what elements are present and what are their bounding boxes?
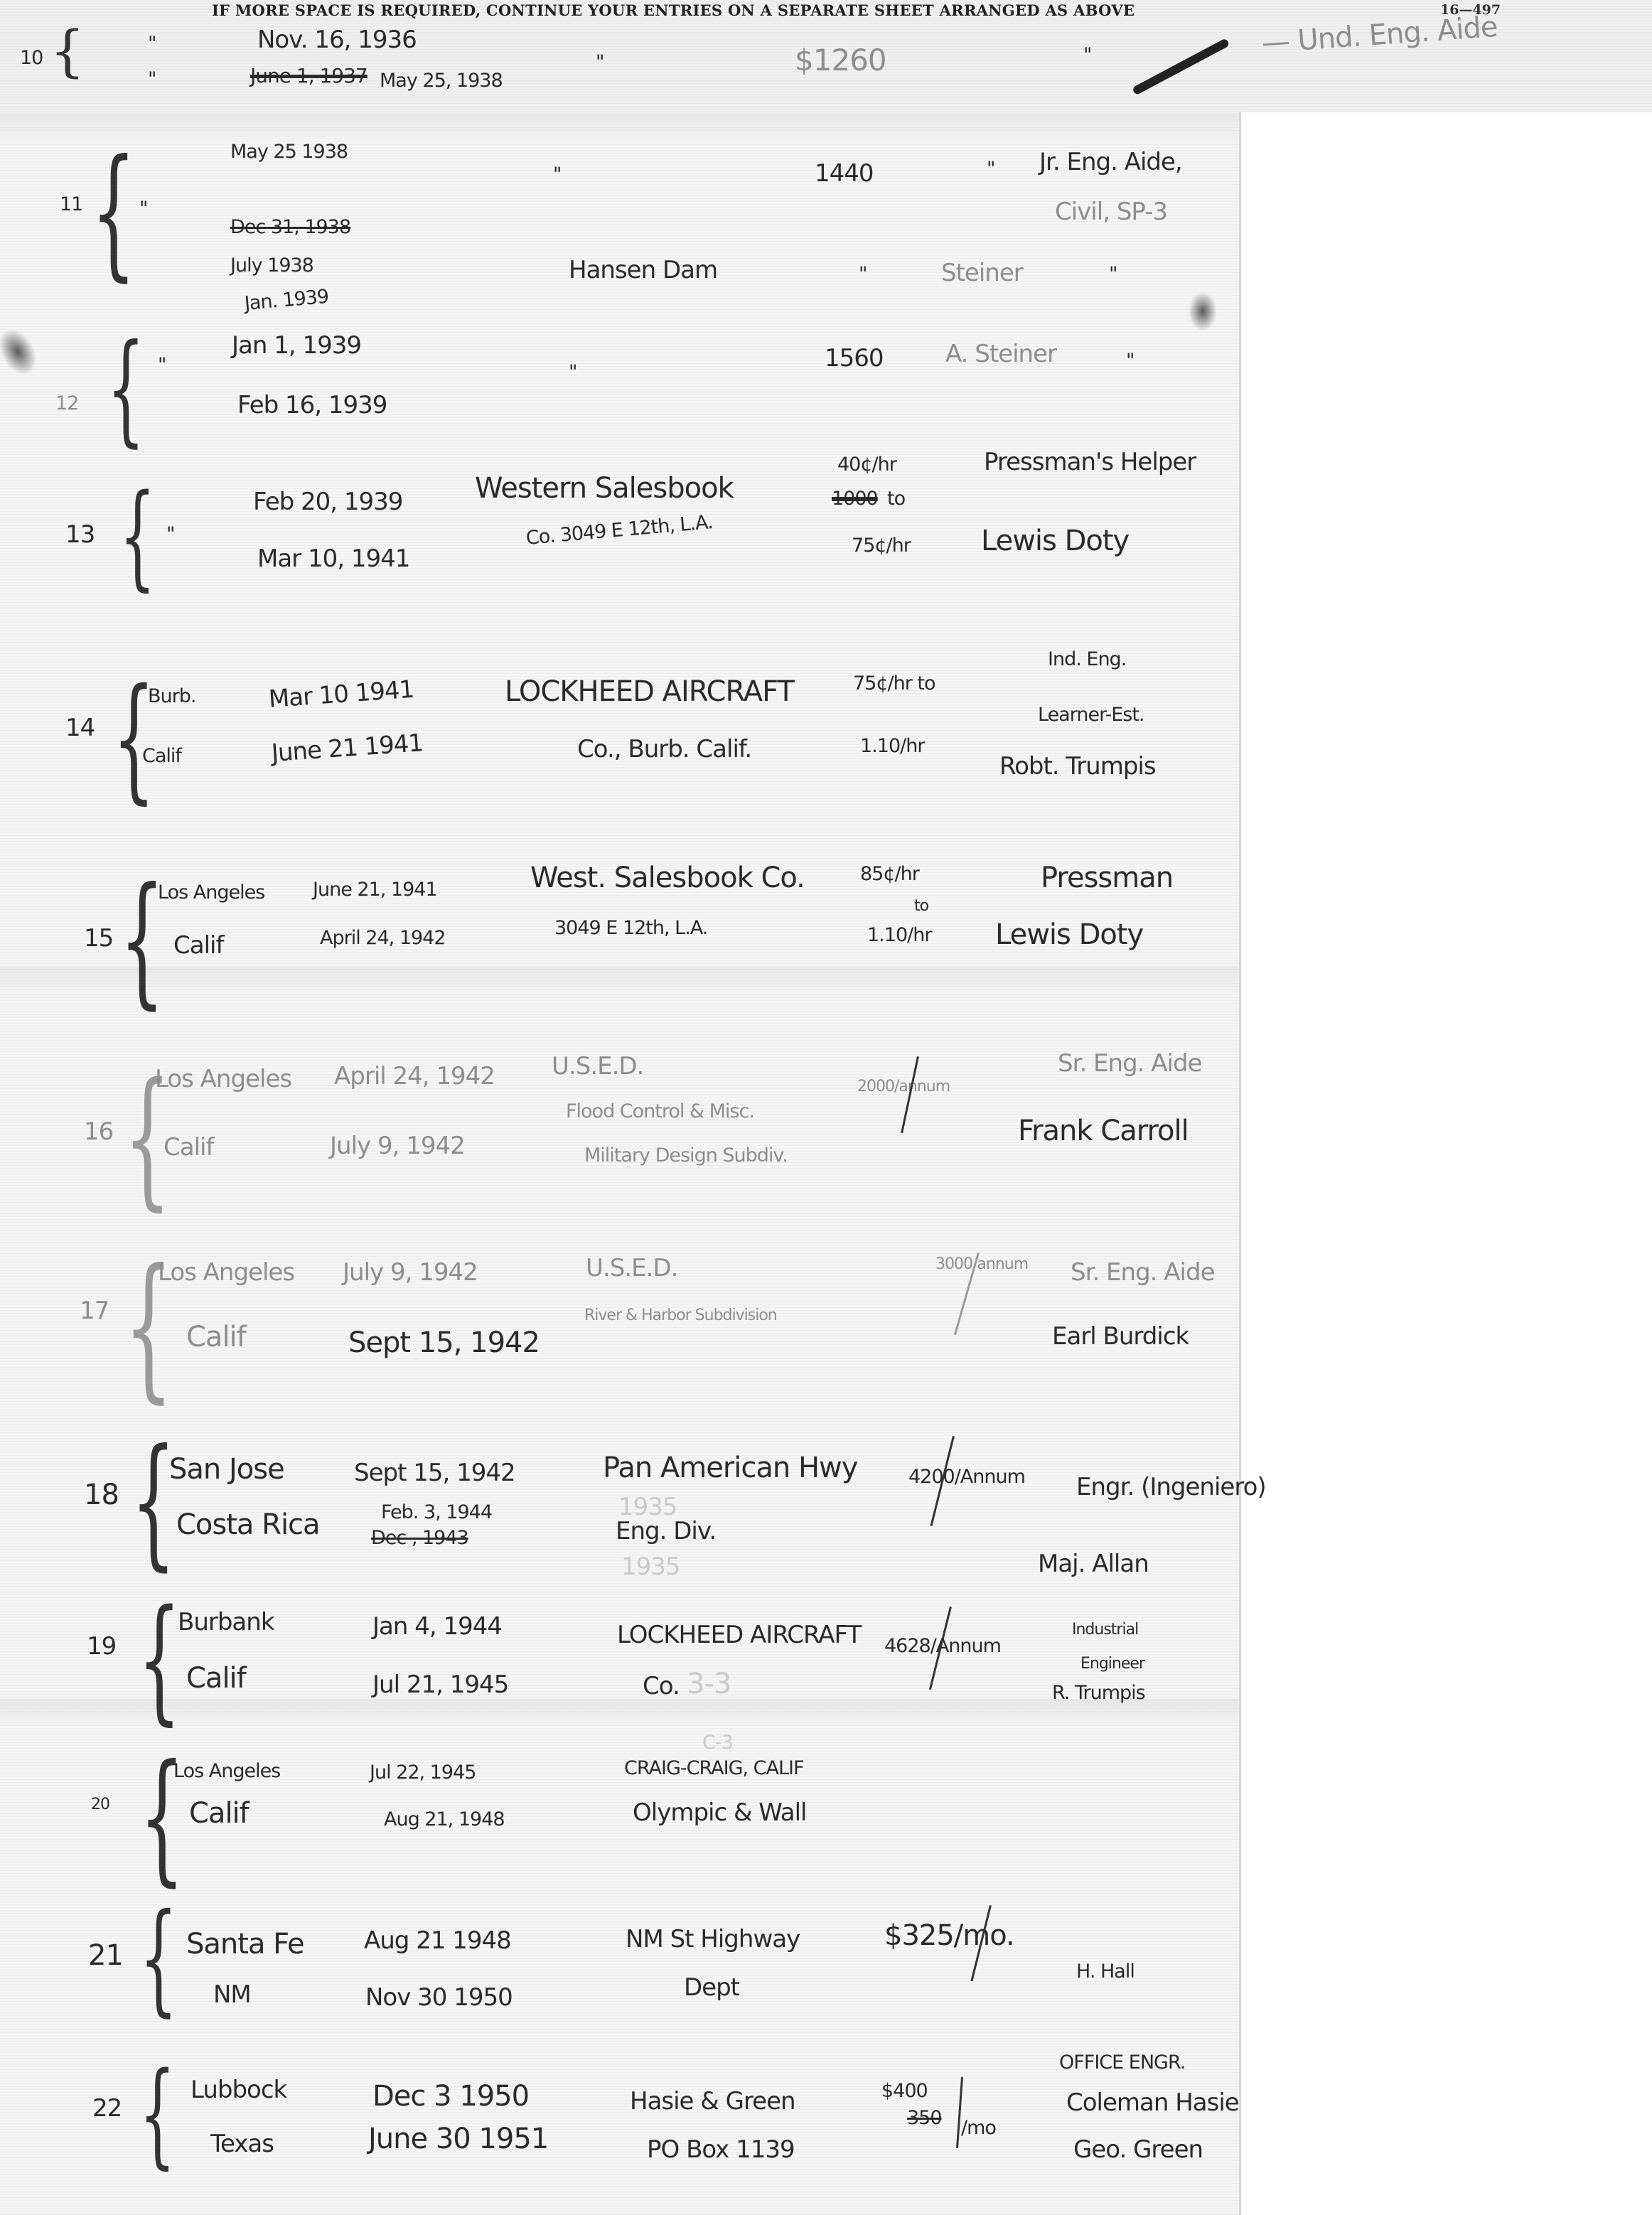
date-from: Jan 1, 1939 xyxy=(232,331,361,360)
faint-mark: 1935 xyxy=(621,1552,680,1581)
place: Lubbock xyxy=(191,2076,286,2104)
entry-brace: { xyxy=(112,660,155,817)
supervisor: Frank Carroll xyxy=(1018,1115,1189,1147)
date-from: July 9, 1942 xyxy=(343,1258,478,1287)
place: " xyxy=(166,523,174,545)
employer: Co. xyxy=(643,1672,680,1700)
salary: " xyxy=(859,263,867,285)
position-title: Learner-Est. xyxy=(1038,704,1144,726)
date-to: May 25, 1938 xyxy=(380,70,503,92)
salary: 3000/annum xyxy=(935,1255,1028,1273)
employer: Western Salesbook xyxy=(475,472,734,505)
entry-number: 18 xyxy=(84,1479,119,1511)
salary: $325/mo. xyxy=(884,1919,1014,1952)
employer: Hansen Dam xyxy=(569,256,717,284)
entry-number: 19 xyxy=(87,1632,116,1661)
supervisor: H. Hall xyxy=(1076,1961,1135,1983)
date-from: Aug 21 1948 xyxy=(364,1926,511,1955)
place: " xyxy=(148,33,156,55)
employer-address: Olympic & Wall xyxy=(633,1798,806,1827)
position-title: Ind. Eng. xyxy=(1048,648,1126,670)
supervisor: Maj. Allan xyxy=(1038,1550,1149,1578)
employer-division: Eng. Div. xyxy=(616,1517,716,1545)
position-title: Engr. (Ingeniero) xyxy=(1076,1473,1266,1501)
place: Los Angeles xyxy=(173,1760,280,1782)
date-from: Dec 3 1950 xyxy=(372,2080,529,2113)
entry-brace: { xyxy=(138,1581,181,1738)
salary: 75¢/hr xyxy=(852,535,911,557)
paper-fold xyxy=(0,967,1239,995)
employer: " xyxy=(569,361,576,383)
position-title: Sr. Eng. Aide xyxy=(1058,1049,1202,1078)
employer: Dept xyxy=(684,1973,739,2002)
position-title: Engineer xyxy=(1080,1655,1144,1673)
employer: West. Salesbook Co. xyxy=(530,862,805,894)
employer-division: Flood Control & Misc. xyxy=(566,1100,754,1122)
salary: 75¢/hr to xyxy=(853,672,935,694)
date-from: April 24, 1942 xyxy=(334,1062,495,1090)
employer: LOCKHEED AIRCRAFT xyxy=(617,1621,861,1649)
date-from: Jul 22, 1945 xyxy=(370,1761,476,1784)
position-title: " xyxy=(1126,350,1134,372)
date-from: Jan 4, 1944 xyxy=(372,1612,502,1641)
place: Costa Rica xyxy=(176,1508,320,1541)
place: " xyxy=(139,198,147,220)
employer-division: River & Harbor Subdivision xyxy=(584,1307,777,1324)
employer: NM St Highway xyxy=(626,1925,800,1953)
position-title: Pressman xyxy=(1041,862,1173,894)
salary-struck: 1000 xyxy=(832,488,878,510)
position-title: Sr. Eng. Aide xyxy=(1071,1258,1215,1287)
employer: U.S.E.D. xyxy=(586,1254,677,1282)
salary: 1560 xyxy=(825,344,884,372)
entry-number: 14 xyxy=(65,714,95,742)
supervisor: " xyxy=(987,158,994,180)
supervisor: A. Steiner xyxy=(945,340,1056,368)
salary: to xyxy=(914,897,928,915)
supervisor: Robt. Trumpis xyxy=(999,752,1156,781)
salary: 4200/Annum xyxy=(908,1466,1025,1488)
entry-brace: { xyxy=(139,1734,185,1900)
date-to: Sept 15, 1942 xyxy=(348,1326,540,1359)
date-to: Feb. 3, 1944 xyxy=(381,1501,492,1523)
place: Santa Fe xyxy=(186,1928,304,1961)
entry-brace: { xyxy=(107,318,145,459)
faint-mark: 3-3 xyxy=(687,1668,731,1700)
place: Calif xyxy=(173,931,223,960)
date-to: Jul 21, 1945 xyxy=(372,1670,508,1699)
entry-number: 13 xyxy=(65,520,95,549)
employer: LOCKHEED AIRCRAFT xyxy=(505,675,794,708)
salary: 2000/annum xyxy=(857,1078,950,1095)
date-struck: June 1, 1937 xyxy=(250,64,368,87)
salary: 40¢/hr xyxy=(837,454,896,476)
position-title: Industrial xyxy=(1072,1621,1138,1639)
entry-number: 22 xyxy=(92,2094,122,2123)
salary-struck: 350 xyxy=(907,2107,942,2129)
entry-number: 21 xyxy=(88,1939,123,1972)
date-revised: July 1938 xyxy=(230,254,313,277)
entry-number: 10 xyxy=(20,47,43,69)
place: Burb. xyxy=(148,685,195,707)
employer-address: PO Box 1139 xyxy=(647,2135,795,2164)
date-to: April 24, 1942 xyxy=(320,927,446,949)
salary: $1260 xyxy=(795,43,886,77)
place: Calif xyxy=(163,1133,213,1162)
entry-brace: { xyxy=(131,1419,176,1584)
place: Calif xyxy=(142,745,181,767)
salary: 85¢/hr xyxy=(860,863,919,885)
entry-number: 12 xyxy=(55,392,78,414)
employer: " xyxy=(553,163,561,186)
entry-brace: { xyxy=(139,2047,176,2180)
employer-address: Co., Burb. Calif. xyxy=(577,735,751,763)
place: Los Angeles xyxy=(158,881,264,903)
place: Los Angeles xyxy=(155,1065,291,1093)
place: Calif xyxy=(186,1321,246,1353)
date-struck: Dec 31, 1938 xyxy=(230,216,350,238)
salary: to xyxy=(887,488,905,510)
date-to: Mar 10, 1941 xyxy=(257,545,409,573)
place: San Jose xyxy=(169,1453,284,1486)
date-from: Feb 20, 1939 xyxy=(253,488,402,516)
place: " xyxy=(158,354,166,376)
entry-brace: { xyxy=(139,1888,178,2029)
place: " xyxy=(148,68,156,90)
supervisor: R. Trumpis xyxy=(1052,1682,1145,1704)
place: Calif xyxy=(189,1797,249,1830)
position-title: Civil, SP-3 xyxy=(1055,198,1167,226)
employer: U.S.E.D. xyxy=(552,1052,643,1080)
place: NM xyxy=(213,1980,251,2009)
date-to: Feb 16, 1939 xyxy=(237,391,387,419)
place: Los Angeles xyxy=(158,1258,294,1287)
salary: 1.10/hr xyxy=(860,735,924,757)
form-instruction: IF MORE SPACE IS REQUIRED, CONTINUE YOUR… xyxy=(212,1,1420,19)
position-title: Pressman's Helper xyxy=(984,448,1196,476)
date-struck: Dec , 1943 xyxy=(371,1527,468,1549)
position-title: " xyxy=(1109,263,1117,285)
employer-address: 3049 E 12th, L.A. xyxy=(554,917,707,939)
entry-number: 11 xyxy=(60,193,82,215)
date-to: Aug 21, 1948 xyxy=(384,1808,505,1830)
faint-mark: 1935 xyxy=(618,1493,677,1521)
supervisor: Lewis Doty xyxy=(995,918,1143,951)
salary: $400 xyxy=(881,2080,928,2102)
supervisor: Lewis Doty xyxy=(981,525,1129,557)
date-from: May 25 1938 xyxy=(230,141,348,163)
entry-brace: { xyxy=(50,20,85,84)
date-from: Nov. 16, 1936 xyxy=(257,26,417,54)
date-from: Sept 15, 1942 xyxy=(354,1459,515,1487)
entry-brace: { xyxy=(91,129,136,295)
date-to: June 30 1951 xyxy=(368,2123,548,2155)
supervisor: Geo. Green xyxy=(1073,2135,1203,2164)
paper-fold xyxy=(0,114,1239,142)
salary: 1.10/hr xyxy=(867,924,931,946)
salary: 1440 xyxy=(815,159,874,188)
entry-number: 20 xyxy=(91,1796,109,1813)
employer: CRAIG-CRAIG, CALIF xyxy=(624,1757,804,1779)
employer: " xyxy=(596,51,604,73)
place: Calif xyxy=(186,1662,246,1695)
place: Burbank xyxy=(178,1608,274,1636)
faint-mark: C-3 xyxy=(702,1732,733,1754)
supervisor: " xyxy=(1083,44,1091,66)
position-title: OFFICE ENGR. xyxy=(1059,2052,1185,2074)
entry-number: 17 xyxy=(80,1297,109,1325)
date-to: Nov 30 1950 xyxy=(365,1983,513,2012)
position-title: Jr. Eng. Aide, xyxy=(1039,148,1182,176)
date-from: June 21, 1941 xyxy=(313,879,437,901)
supervisor: Earl Burdick xyxy=(1052,1322,1189,1351)
ink-smudge xyxy=(1189,291,1217,331)
supervisor: Steiner xyxy=(941,259,1023,287)
employer: Hasie & Green xyxy=(630,2087,795,2115)
salary: /mo xyxy=(961,2117,996,2139)
entry-number: 15 xyxy=(84,924,113,953)
date-to: July 9, 1942 xyxy=(330,1132,465,1160)
entry-number: 16 xyxy=(84,1117,113,1146)
place: Texas xyxy=(210,2130,274,2158)
entry-brace: { xyxy=(119,469,156,602)
employer-division: Military Design Subdiv. xyxy=(584,1144,788,1167)
supervisor: Coleman Hasie xyxy=(1066,2088,1239,2117)
employer: Pan American Hwy xyxy=(603,1452,857,1484)
